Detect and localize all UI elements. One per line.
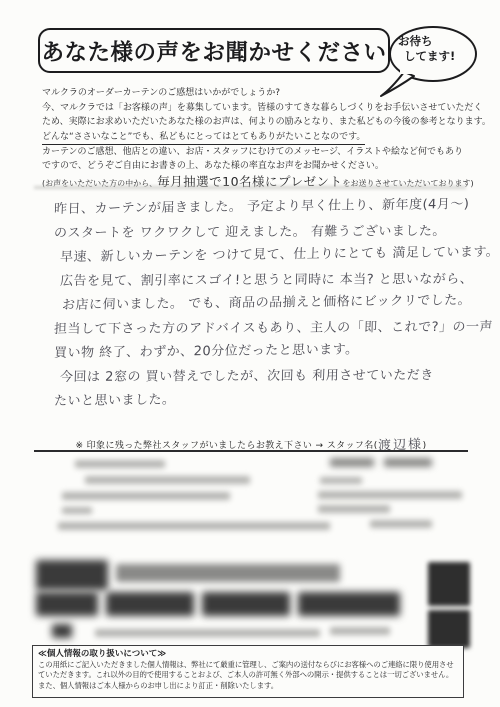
blurred-phone-number xyxy=(298,592,400,616)
blurred-text-bar xyxy=(85,476,250,484)
blurred-text-bar xyxy=(116,564,340,582)
blurred-text-bar xyxy=(384,458,432,467)
handwriting-line: 昨日、カーテンが届きました。 予定より早く仕上り、新年度(4月〜) xyxy=(54,193,465,222)
intro-line: カーテンのご感想、他店との違い、お店・スタッフにむけてのメッセージ、イラストや絵… xyxy=(42,145,468,160)
blurred-qr-code xyxy=(428,562,470,606)
prize-note: (お声をいただいた方の中から、毎月抽選で10名様にプレゼントをお送りさせていただ… xyxy=(42,175,468,192)
intro-line: ですので、どうぞご自由にお書きの上、あなた様の率直なお声をお聞かせください。 xyxy=(42,159,468,174)
section-divider-rule xyxy=(34,450,468,452)
bubble-line-1: お待ち xyxy=(398,34,468,49)
intro-paragraph: マルクラのオーダーカーテンのご感想はいかがでしょうか? 今、マルクラでは「お客様… xyxy=(42,86,468,192)
intro-line: 今、マルクラでは「お客様の声」を募集しています。皆様のすてきな暮らしづくりをお手… xyxy=(42,101,468,116)
blurred-text-bar xyxy=(62,492,230,500)
blurred-qr-code xyxy=(428,610,470,648)
blurred-text-bar xyxy=(75,460,165,468)
blurred-text-bar xyxy=(52,624,72,638)
intro-line: ため、実際にお求めいただいたあなた様のお声は、何よりの励みとなり、また私どもの今… xyxy=(42,115,468,130)
handwritten-comment: 昨日、カーテンが届きました。 予定より早く仕上り、新年度(4月〜) のスタートを… xyxy=(54,198,464,414)
scan-smudge-line xyxy=(34,186,466,189)
feedback-card-scan: あなた様の声をお聞かせください お待ち してます! マルクラのオーダーカーテンの… xyxy=(0,0,500,707)
blurred-text-bar xyxy=(95,629,320,637)
blurred-text-bar xyxy=(370,520,432,528)
handwriting-line: 買い物 終了、わずか、20分位だったと思います。 xyxy=(54,337,465,366)
blurred-text-bar xyxy=(62,507,92,514)
blurred-phone-number xyxy=(36,592,98,616)
bubble-line-2: してます! xyxy=(404,49,468,64)
blurred-text-bar xyxy=(320,477,362,484)
blurred-logo-block xyxy=(36,560,108,590)
privacy-line: この用紙にご記入いただきました個人情報は、弊社にて厳重に管理し、ご案内の送付なら… xyxy=(38,660,458,670)
intro-line-underlined: どんな“ささいなこと”でも、私どもにとってはとてもありがたいことなのです。 xyxy=(42,131,365,145)
blurred-phone-number xyxy=(202,592,290,616)
privacy-line: また、個人情報はご本人様からのお申し出により訂正・削除いたします。 xyxy=(38,681,458,691)
handwriting-line: お店に伺いました。 でも、商品の品揃えと価格にビックリでした。 xyxy=(62,289,465,318)
blurred-phone-number xyxy=(106,592,194,616)
page-title: あなた様の声をお聞かせください xyxy=(38,28,390,73)
blurred-text-bar xyxy=(318,505,390,513)
blurred-text-bar xyxy=(318,491,462,499)
speech-bubble-text: お待ち してます! xyxy=(398,34,468,64)
privacy-line: ていただきます。これ以外の目的で使用することおよび、ご本人の許可無く外部への開示… xyxy=(38,670,458,680)
handwriting-line: 早速、新しいカーテンを つけて見て、仕上りにとても 満足しています。 xyxy=(60,241,465,270)
privacy-title: ≪個人情報の取り扱いについて≫ xyxy=(38,649,458,660)
handwriting-line: たいと思いました。 xyxy=(54,385,465,414)
intro-line: マルクラのオーダーカーテンのご感想はいかがでしょうか? xyxy=(42,86,468,101)
blurred-text-bar xyxy=(58,522,330,530)
privacy-policy-box: ≪個人情報の取り扱いについて≫ この用紙にご記入いただきました個人情報は、弊社に… xyxy=(32,645,464,698)
blurred-text-bar xyxy=(330,458,374,467)
blurred-text-bar xyxy=(330,627,390,635)
